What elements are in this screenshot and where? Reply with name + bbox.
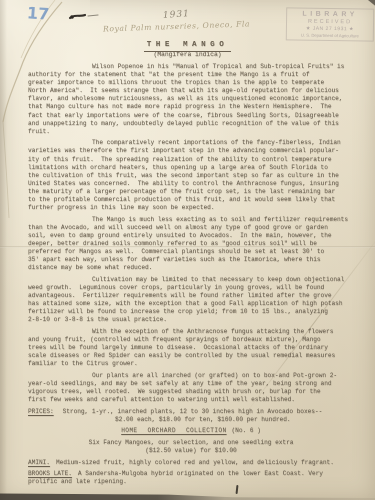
paragraph-line: that Mango culture has not made more rap… [28,103,354,111]
paragraph-line: United States was concerned. The ability… [28,180,354,188]
paragraph-line: North America". It seems strange then th… [28,87,354,95]
paragraph-line: ity of this fruit. The spreading realiza… [28,156,354,164]
paragraph-line: 35' apart each way, unless for dwarf var… [28,256,354,264]
paragraph-line: and young fruit, (controlled with freque… [28,336,354,344]
handwritten-nursery-note: Royal Palm nurseries, Oneco, Fla [103,18,303,34]
document-title: THE MANGO [144,41,232,52]
prices-text: Strong, 1-yr., inarched plants, 12 to 30… [63,408,323,415]
document-subtitle: (Mangifera indica) [0,51,375,58]
variety-description: Medium-sized fruit, highly colored red a… [56,459,334,466]
paragraph-line: 2-8-10 or 3-8-8 is the usual practice. [28,316,354,324]
scanned-page: 17 1931 Royal Palm nurseries, Oneco, Fla… [0,0,375,500]
paragraph-line: and unappetizing to many, undoubtedly de… [28,120,354,128]
paragraph-line: fact that early importations were of the… [28,112,354,120]
paragraph-line: The comparatively recent importations of… [28,139,354,147]
collection-section: HOME ORCHARD COLLECTION(No. 6 ) Six Fanc… [28,427,354,454]
variety-entry: AMINI.Medium-sized fruit, highly colored… [28,459,346,467]
paragraph-line: varieties was therefore the first import… [28,147,354,155]
ink-smudge-mark [68,10,102,22]
paragraph: With the exception of the Anthracnose fu… [28,328,354,368]
paragraph-line: year-old seedlings, and may be set safel… [28,380,354,388]
paragraph-line: deeper, better drained soils commonly re… [28,240,354,248]
paragraph-line: vigorous trees, well rooted. We suggeste… [28,388,354,396]
stamp-date-line: ★ JAN 27 1931 ★ [287,25,373,32]
paragraph-line: than the Avocado, and will succeed well … [28,224,354,232]
top-right-corner-notch [365,0,375,8]
collection-offer-line: Six Fancy Mangoes, our selection, and on… [28,439,354,447]
paragraph-line: the maturity of a larger percentage of t… [28,188,354,196]
page-bottom-edge [0,491,375,500]
blue-pencil-number: 17 [26,3,50,24]
paragraph-line: fruit. [28,128,354,136]
paragraph-line: trees will be found largely immune to di… [28,344,354,352]
paragraph-line: scale diseases or Red Spider can easily … [28,352,354,360]
prices-label: PRICES: [28,408,54,415]
paragraph-line: soil, even to damp ground entirely unsui… [28,232,354,240]
paragraph: Our plants are all inarched (or grafted)… [28,372,354,404]
variety-name: BROOKS LATE. [28,470,72,477]
prices-section: PRICES:Strong, 1-yr., inarched plants, 1… [28,408,354,424]
collection-heading: HOME ORCHARD COLLECTION(No. 6 ) [28,427,354,435]
prices-amounts: $2.00 each, $18.00 for ten, $160.00 per … [28,416,354,424]
paragraph-line: advantageous. Fertilizer requirements wi… [28,292,354,300]
paragraph-line: distance may be some what reduced. [28,264,354,272]
collection-price-line: ($12.50 value) for $10.00 [28,447,354,455]
paragraph-line: to the profitable Commercial production … [28,196,354,204]
paragraph: Wilson Popenoe in his "Manual of Tropica… [28,63,354,136]
paragraph-line: Cultivation may be limited to that neces… [28,276,354,284]
paragraph-line: The Mango is much less exacting as to so… [28,216,354,224]
paragraphs: Wilson Popenoe in his "Manual of Tropica… [28,63,354,404]
collection-number: (No. 6 ) [232,427,261,434]
paragraph-line: weed growth. Leguminous cover crops, par… [28,284,354,292]
stamp-received-line: RECEIVED [287,18,373,25]
handwritten-year: 1931 [163,9,191,21]
prices-line: PRICES:Strong, 1-yr., inarched plants, 1… [28,408,354,416]
document-body: Wilson Popenoe in his "Manual of Tropica… [28,63,354,490]
paragraph-line: the cultivation of this fruit, was the s… [28,172,354,180]
paragraph-line: first few weeks and careful attention to… [28,396,354,404]
paragraph-line: fertilizer will be found to increase the… [28,308,354,316]
paragraph-line: greater importance to millions thruout t… [28,79,354,87]
page-left-shadow [0,0,7,500]
variety-description: A Sandersha-Mulgoba hybrid originated on… [28,470,323,485]
paragraph-line: Our plants are all inarched (or grafted)… [28,372,354,380]
paragraph-line: With the exception of the Anthracnose fu… [28,328,354,336]
paragraph-line: Wilson Popenoe in his "Manual of Tropica… [28,63,354,71]
paragraph: The comparatively recent importations of… [28,139,354,212]
paragraph: Cultivation may be limited to that neces… [28,276,354,325]
paragraph: The Mango is much less exacting as to so… [28,216,354,273]
collection-heading-text: HOME ORCHARD COLLECTION [121,427,226,434]
paragraph-line: has attained some size, with the excepti… [28,300,354,308]
paragraph-line: familiar to the Citrus grower. [28,360,354,368]
paragraph-line: flavor, and wholesome nutriciousness, as… [28,95,354,103]
stamp-library-line: LIBRARY [287,10,373,18]
paragraph-line: preferred for Mangos as well. Commercial… [28,248,354,256]
variety-entry: BROOKS LATE.A Sandersha-Mulgoba hybrid o… [28,470,346,486]
paragraph-line: authority for the statement that "at the… [28,71,354,79]
paragraph-line: further progress in this line may soon b… [28,204,354,212]
paragraph-line: limitations with orchard heaters, thus o… [28,164,354,172]
variety-name: AMINI. [28,459,50,466]
